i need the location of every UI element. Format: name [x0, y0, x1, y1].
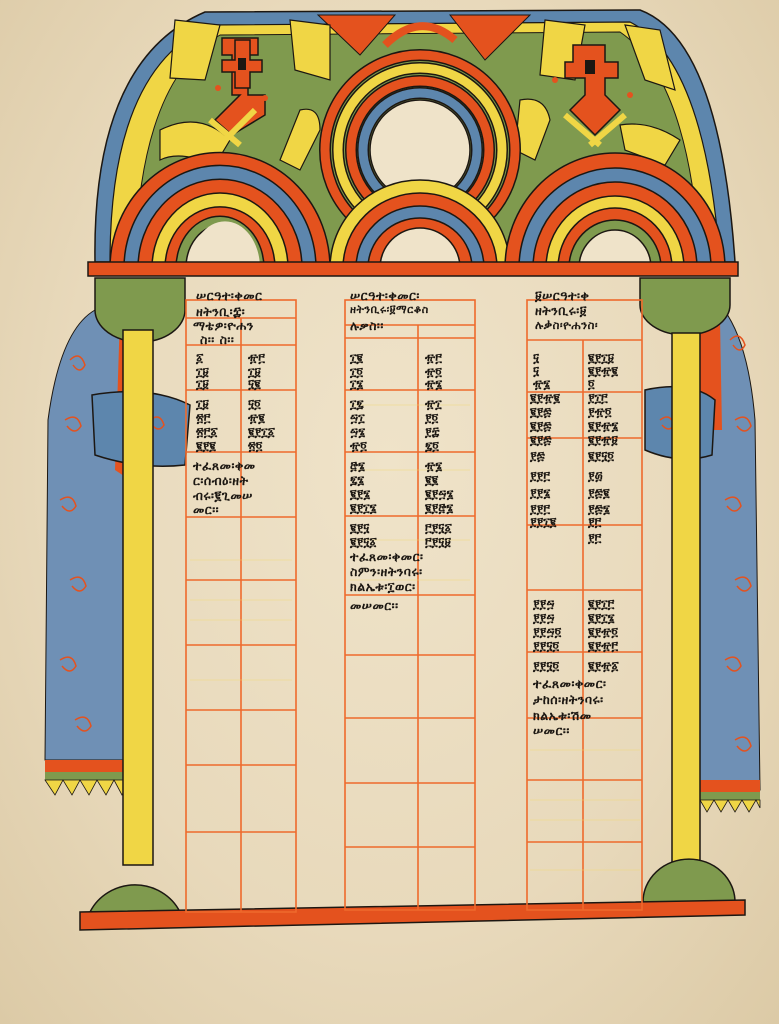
canon-cell: ፻፲፫: [588, 392, 608, 404]
canon-cell: ፻፻፫: [530, 470, 550, 482]
colophon-line: ተፈጸመ፡ቀመር፡: [533, 678, 606, 691]
canon-cell: ፪፻፷: [530, 420, 552, 432]
canon-cell: ፲፪: [350, 352, 363, 364]
canon-cell: ፯፬: [425, 440, 439, 452]
canon-cell: ፪፻፮: [350, 488, 370, 500]
colophon-line: ሠመር፡፡: [533, 725, 570, 738]
column-header-line: ሉቃስ፡ዮሐንስ፡: [535, 320, 598, 332]
canon-cell: ፪፻፸፮: [425, 502, 453, 514]
canon-cell: ፳፬: [248, 440, 262, 452]
canon-cell: ፹፮: [425, 460, 442, 472]
canon-cell: ፲፯: [350, 398, 364, 410]
canon-cell: ፬: [588, 378, 595, 390]
canon-cell: ፻፰: [425, 426, 440, 438]
colophon-line: ስምን፡ዘትንባሩ፡: [350, 566, 423, 579]
canon-cell: ፻፻፵: [533, 598, 555, 610]
canon-cell: ፹፮: [425, 378, 442, 390]
lintel-bar: [88, 262, 738, 276]
canon-cell: ፻፷: [530, 450, 545, 462]
canon-cell: ፪፻፷: [530, 434, 552, 446]
canon-cell: ፵፮: [350, 426, 365, 438]
canon-cell: ፳፫፩: [196, 426, 218, 438]
canon-cell: ፫፻፶፱: [425, 536, 451, 548]
canon-cell: ፹፮: [533, 378, 550, 390]
canon-cell: ፪፻፲፱: [588, 352, 614, 364]
canon-cell: ፲፮: [350, 378, 363, 390]
colophon-line: ብሩ፡፪ጊመሠ: [193, 490, 253, 503]
canon-cell: ፪፻፲፩: [248, 426, 275, 438]
canon-cell: ፻፻፫: [530, 503, 550, 515]
column-header-line: ፱ሠርዓተ፡ቀ: [535, 290, 589, 303]
canon-cell: ፻፹፬: [588, 406, 612, 418]
canon-cell: ፻፻፵፬: [533, 626, 561, 638]
canon-cell: ፪፻፹፫: [588, 640, 618, 652]
canon-cell: ፻፻፶፬: [533, 660, 559, 672]
canon-cell: ፪፻፶፩: [350, 536, 377, 548]
canon-cell: ፻፻፶፬: [533, 640, 559, 652]
canon-cell: ፹፫: [248, 352, 265, 364]
canon-cell: ፻፫: [588, 532, 601, 544]
canon-cell: ፶: [533, 352, 539, 364]
colophon-line: ክልኤቱ፡ሽመ: [533, 710, 592, 723]
colophon-line: መር፡፡: [193, 504, 219, 517]
canon-cell: ፹፲: [425, 398, 442, 410]
canon-cell: ፫፻፶፩: [425, 522, 452, 534]
canon-cell: ፻፫: [588, 516, 601, 528]
canon-cell: ፪፻፹፮: [588, 420, 618, 432]
canon-cell: ፳፫: [196, 412, 210, 424]
canon-cell: ፻፻፵: [533, 612, 555, 624]
canon-cell: ፻፷፮: [588, 503, 610, 515]
canon-cell: ፶፪: [248, 378, 261, 390]
canon-cell: ፪፻፶: [350, 522, 369, 534]
canon-cell: ፪፻፪: [196, 440, 216, 452]
canon-cell: ፪፻፲፫: [588, 598, 614, 610]
column-header-line: ማቴዎ፡ዮሐን: [193, 320, 254, 333]
colophon-line: ር፡ሰብዕ፡ዘት: [193, 475, 249, 488]
canon-cell: ፻፻፮: [530, 487, 550, 499]
canon-cell: ፶: [533, 365, 539, 377]
canon-cell: ፻፴: [588, 470, 603, 482]
colophon-line: ተፈጸመ፡ቀመር፡: [350, 551, 423, 564]
manuscript-page: ሠርዓተ፡ቀመር ዘትንቢ፡፰፡ ማቴዎ፡ዮሐን ስ፡፡ ስ፡፡ ፩ ፹፫ ፲፱…: [0, 0, 779, 1024]
canon-cell: ፪፻፶፬: [588, 450, 614, 462]
colophon-line: ተፈጸመ፡ቀመ: [193, 460, 256, 473]
canon-cell: ፻፻፲፪: [530, 516, 556, 528]
canon-cell: ፪፻፹፬: [588, 626, 618, 638]
column-header-line: ስ፡፡ ስ፡፡: [200, 334, 234, 347]
column-header-line: ሠርዓተ፡ቀመር: [196, 290, 262, 303]
column-header-line: ዘትንቢሩ፡፱ማርቆስ: [350, 304, 429, 315]
canon-cell: ፹፫: [425, 352, 442, 364]
colophon-line: መሠመር፡፡: [350, 600, 399, 613]
canon-cell: ፪፻፷: [530, 406, 552, 418]
canon-cell: ፲፱: [196, 398, 209, 410]
column-header-line: ሉቃስ፡፡: [350, 320, 384, 333]
canon-cell: ፶፬: [248, 398, 261, 410]
canon-cell: ፪፻፵፮: [425, 488, 453, 500]
canon-cell: ፯፮: [350, 474, 364, 486]
colophon-line: ክልኤቱ፡፲ወር፡: [350, 581, 416, 594]
canon-cell: ፪፻፹፱: [588, 434, 618, 446]
column-header-line: ሠርዓተ፡ቀመር፡: [350, 290, 420, 303]
canon-cell: ፪፻፲፮: [350, 502, 377, 514]
canon-cell: ፲፱: [196, 378, 209, 390]
illumination-art: [0, 0, 779, 1024]
canon-cell: ፹፬: [350, 440, 367, 452]
canon-cell: ፪፻፲፮: [588, 612, 615, 624]
column-header-line: ዘትንቢ፡፰፡: [196, 306, 245, 319]
colophon-line: ታከሰ፡ዘትንባሩ፡: [533, 694, 604, 707]
canon-cell: ፪፻፹፩: [588, 660, 619, 672]
canon-cell: ፩: [196, 352, 203, 364]
base-bar: [80, 900, 745, 930]
canon-cell: ፪፪: [425, 474, 438, 486]
canon-cell: ፪፻፹፪: [588, 365, 618, 377]
canon-cell: ፸፮: [350, 460, 365, 472]
canon-cell: ፹፪: [248, 412, 265, 424]
canon-cell: ፻፬: [425, 412, 438, 424]
canon-cell: ፵፲: [350, 412, 365, 424]
right-curtain: [645, 285, 760, 812]
left-curtain: [45, 310, 190, 795]
column-header-line: ዘትንቢሩ፡፱: [535, 305, 587, 318]
canon-cell: ፪፻፹፪: [530, 392, 560, 404]
canon-cell: ፻፷፪: [588, 487, 610, 499]
